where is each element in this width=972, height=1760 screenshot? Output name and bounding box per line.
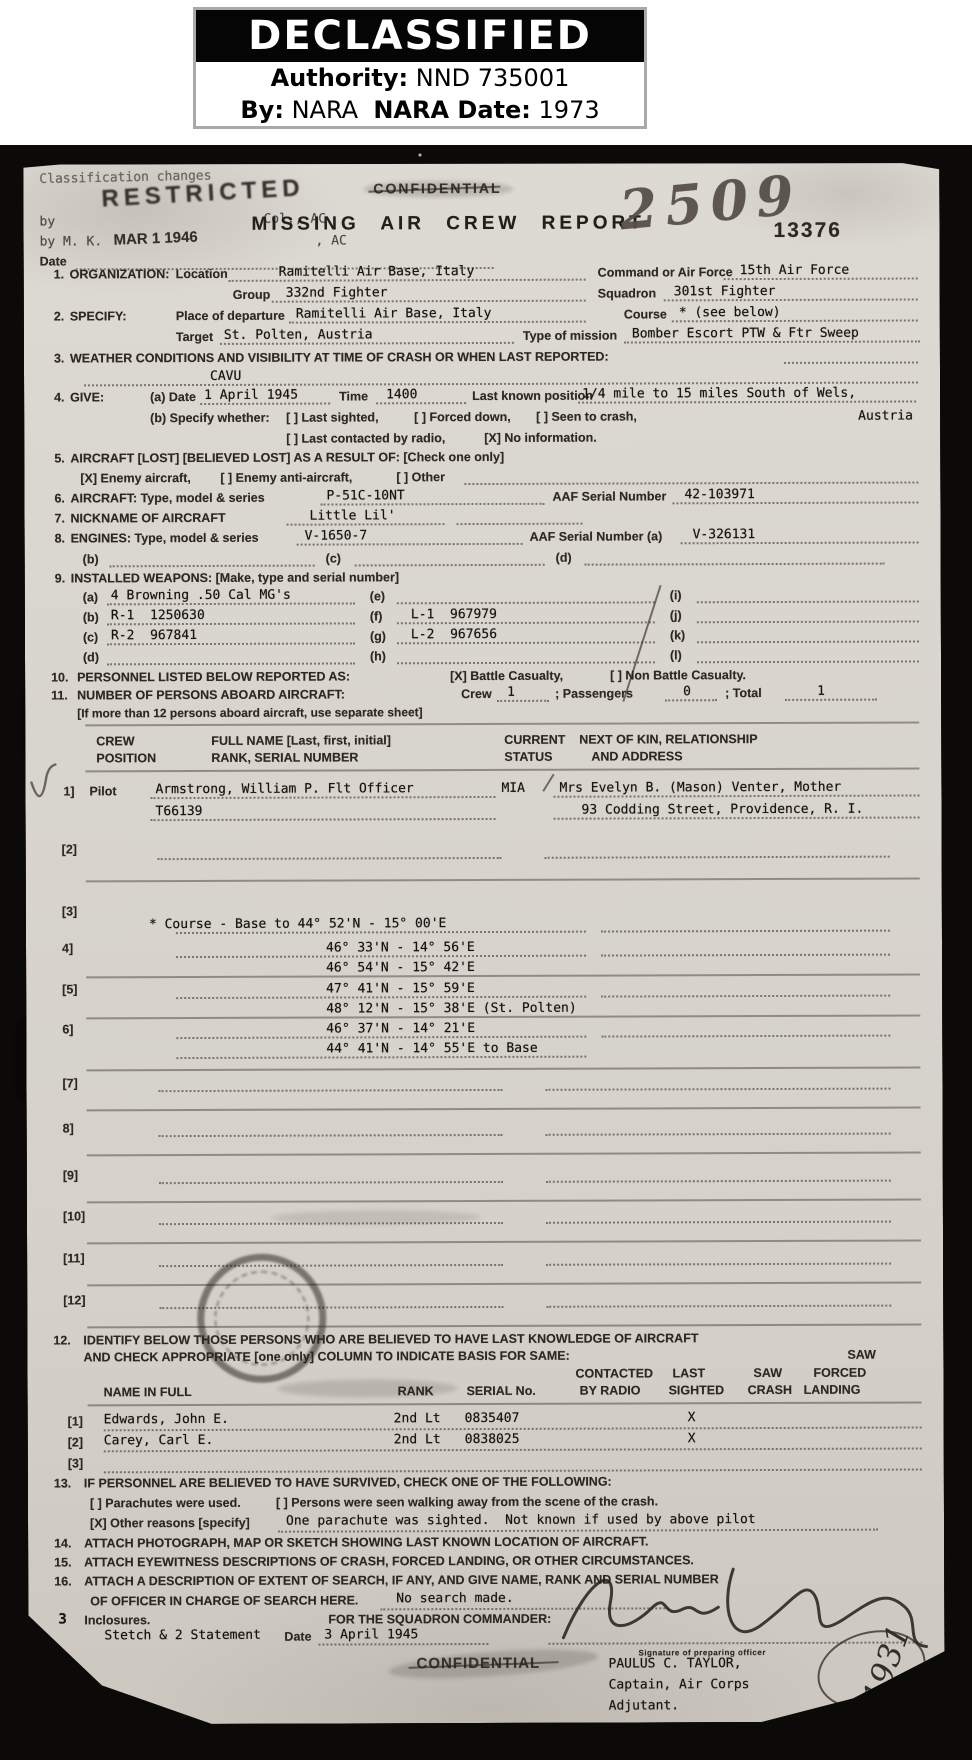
- rule: [159, 1089, 503, 1092]
- s12-num: 12.: [53, 1333, 70, 1348]
- form-title: MISSING AIR CREW REPORT: [251, 212, 644, 236]
- divider: [86, 877, 920, 882]
- s1-location-value: Ramitelli Air Base, Italy: [279, 264, 475, 280]
- s12-col-sighted-2: SIGHTED: [669, 1383, 725, 1398]
- crew-col-position-2: POSITION: [96, 751, 156, 766]
- report-number: 13376: [773, 218, 841, 243]
- footer-date-label: Date: [284, 1630, 311, 1645]
- rule: [457, 523, 583, 525]
- document-scan: Classification changes RESTRICTED by Col…: [0, 145, 972, 1760]
- s9-num: 9.: [55, 571, 65, 586]
- rule: [158, 857, 502, 860]
- s4-opt-radio: [ ] Last contacted by radio,: [286, 431, 445, 447]
- rule: [546, 1180, 891, 1183]
- crew-row1-status: MIA: [501, 781, 525, 797]
- s16-value: No search made.: [396, 1591, 513, 1607]
- rule: [578, 400, 916, 403]
- rule: [672, 319, 918, 322]
- rule: [724, 277, 918, 280]
- course-line: 48° 12'N - 15° 38'E (St. Polten): [326, 1001, 577, 1017]
- rule: [287, 523, 445, 526]
- s16-label2: OF OFFICER IN CHARGE OF SEARCH HERE.: [90, 1593, 358, 1609]
- s4-opt-sighted: [ ] Last sighted,: [286, 410, 378, 425]
- crew-row-num: [9]: [63, 1168, 78, 1183]
- crew-col-kin-2: AND ADDRESS: [591, 749, 682, 764]
- course-line: 44° 41'N - 14° 55'E to Base: [326, 1041, 537, 1057]
- rule: [376, 402, 466, 404]
- crew-row-num: 6]: [62, 1022, 73, 1037]
- s5-label: AIRCRAFT [LOST] [BELIEVED LOST] AS A RES…: [70, 450, 504, 467]
- rule: [176, 1056, 586, 1059]
- s9-k-label: (k): [670, 628, 685, 643]
- by-label: By:: [240, 96, 284, 124]
- rule: [546, 1305, 891, 1308]
- crew-row-num: 8]: [63, 1121, 74, 1136]
- s12-row-mark: X: [688, 1410, 696, 1426]
- s4-date-label: (a) Date: [150, 390, 196, 405]
- rule: [697, 640, 919, 643]
- crew-row1-kin1: Mrs Evelyn B. (Mason) Venter, Mother: [559, 780, 841, 797]
- declassified-by-line: By: NARA NARA Date: 1973: [196, 94, 644, 126]
- rule: [397, 641, 655, 644]
- s12-row-name: Edwards, John E.: [104, 1412, 229, 1428]
- s9-h-label: (h): [370, 649, 386, 664]
- s4-label: GIVE:: [70, 390, 104, 405]
- s2-departure-label: Place of departure: [176, 309, 285, 324]
- s9-b-label: (b): [83, 610, 99, 625]
- s12-col-radio-1: CONTACTED: [575, 1366, 653, 1381]
- s5-opt-other: [ ] Other: [396, 470, 445, 485]
- rule: [176, 996, 586, 999]
- s12-col-serial: SERIAL No.: [467, 1384, 536, 1399]
- crew-row-num: [7]: [62, 1076, 77, 1091]
- s12-col-landing-2: FORCED: [813, 1366, 866, 1381]
- crew-col-name-2: RANK, SERIAL NUMBER: [211, 750, 358, 766]
- crew-row1-position: Pilot: [89, 784, 116, 799]
- s12-row-rank: 2nd Lt: [394, 1411, 441, 1427]
- s2-course-label: Course: [624, 307, 667, 322]
- s9-e-label: (e): [370, 589, 385, 604]
- rule: [229, 279, 586, 282]
- s8-d-label: (d): [556, 551, 572, 566]
- s13-opt-other: [X] Other reasons [specify]: [90, 1516, 250, 1532]
- divider: [86, 1014, 920, 1019]
- s7-num: 7.: [54, 511, 64, 526]
- s9-label: INSTALLED WEAPONS: [Make, type and seria…: [71, 570, 399, 586]
- s7-label: NICKNAME OF AIRCRAFT: [70, 511, 225, 527]
- s9-g-label: (g): [370, 629, 386, 644]
- s16-num: 16.: [54, 1574, 71, 1589]
- rule: [159, 1181, 503, 1184]
- rule: [546, 1221, 891, 1224]
- s8-serial-value: V-326131: [693, 527, 756, 543]
- crew-col-name-1: FULL NAME [Last, first, initial]: [211, 733, 391, 749]
- rule: [176, 1036, 586, 1039]
- rule: [546, 1263, 891, 1266]
- crew-row1-num: 1]: [63, 784, 74, 799]
- s2-num: 2.: [54, 309, 64, 324]
- officer-title: Adjutant.: [609, 1698, 680, 1714]
- s9-c-value: R-2 967841: [111, 628, 197, 644]
- s4-time-value: 1400: [386, 387, 417, 403]
- s12-col-landing-3: LANDING: [804, 1383, 861, 1398]
- s11-num: 11.: [51, 688, 68, 703]
- s8-b-label: (b): [83, 552, 99, 567]
- rule: [546, 1088, 891, 1091]
- rule: [397, 601, 655, 604]
- s12-row-rank: 2nd Lt: [394, 1432, 441, 1448]
- rule: [546, 1133, 891, 1136]
- s9-a-value: 4 Browning .50 Cal MG's: [111, 588, 291, 604]
- s6-label: AIRCRAFT: Type, model & series: [70, 491, 264, 507]
- s4-b-label: (b) Specify whether:: [150, 411, 270, 426]
- s5-num: 5.: [54, 451, 64, 466]
- divider: [87, 1239, 921, 1244]
- s4-position-value2: Austria: [858, 408, 913, 424]
- rule: [545, 856, 890, 859]
- s10-opt-nonbattle: [ ] Non Battle Casualty.: [610, 668, 746, 683]
- s1-location-label: Location: [176, 267, 228, 282]
- by-value: NARA: [292, 96, 359, 124]
- divider: [87, 1106, 921, 1111]
- s1-label: ORGANIZATION:: [70, 267, 170, 282]
- s12-row-serial: 0838025: [465, 1432, 520, 1448]
- crew-row1-kin2: 93 Codding Street, Providence, R. I.: [582, 802, 864, 819]
- crew-row-num: [5]: [62, 982, 77, 997]
- pen-checkmark: [27, 762, 57, 808]
- s11-passengers-label: ; Passengers: [555, 686, 633, 701]
- s2-label: SPECIFY:: [70, 309, 127, 324]
- s11-crew-label: Crew: [461, 687, 492, 702]
- rule: [104, 1468, 922, 1473]
- rule: [150, 796, 495, 799]
- declassified-banner: DECLASSIFIED: [196, 10, 644, 62]
- s2-mission-label: Type of mission: [523, 329, 617, 344]
- s14-num: 14.: [54, 1536, 71, 1551]
- rule: [601, 1035, 890, 1038]
- rule: [289, 321, 586, 324]
- s1-command-value: 15th Air Force: [740, 263, 850, 279]
- authority-value: NND 735001: [416, 64, 570, 92]
- s4-time-label: Time: [339, 389, 368, 404]
- officer-rank: Captain, Air Corps: [609, 1677, 750, 1693]
- nara-date-value: 1973: [539, 96, 600, 124]
- s1-command-label: Command or Air Force: [598, 265, 733, 280]
- rule: [697, 620, 919, 623]
- s12-row-name: Carey, Carl E.: [104, 1433, 214, 1449]
- s4-opt-crash: [ ] Seen to crash,: [536, 409, 637, 424]
- s8-model-value: V-1650-7: [305, 528, 368, 544]
- crew-row1-serial: T66139: [156, 804, 203, 820]
- crew-col-position-1: CREW: [96, 734, 134, 749]
- rule: [464, 481, 918, 485]
- s2-target-value: St. Polten, Austria: [224, 327, 373, 343]
- s1-num: 1.: [54, 267, 64, 282]
- s9-d-label: (d): [83, 650, 99, 665]
- rule: [107, 642, 355, 645]
- s1-group-value: 332nd Fighter: [286, 285, 388, 301]
- rule: [697, 600, 919, 603]
- s3-value: CAVU: [210, 369, 241, 385]
- s1-squadron-value: 301st Fighter: [674, 284, 776, 300]
- rule: [664, 298, 918, 301]
- rule: [784, 361, 918, 363]
- s8-num: 8.: [55, 531, 65, 546]
- rule: [665, 699, 717, 701]
- rule: [220, 342, 514, 345]
- rule: [624, 340, 920, 343]
- s2-mission-value: Bomber Escort PTW & Ftr Sweep: [632, 326, 859, 342]
- inclosures-label: Inclosures.: [84, 1613, 150, 1628]
- s9-f-value: L-1 967979: [411, 607, 497, 623]
- divider: [86, 1066, 920, 1071]
- divider: [87, 1151, 921, 1156]
- s13-num: 13.: [54, 1476, 71, 1491]
- s11-note: [If more than 12 persons aboard aircraft…: [77, 705, 423, 721]
- divider: [88, 1401, 922, 1406]
- course-line: 46° 33'N - 14° 56'E: [326, 940, 475, 956]
- s12-col-crash-1: SAW: [753, 1366, 782, 1381]
- received-date-stamp: MAR 1 1946: [113, 229, 198, 250]
- s11-label: NUMBER OF PERSONS ABOARD AIRCRAFT:: [77, 687, 345, 703]
- s9-a-label: (a): [83, 590, 98, 605]
- rule: [672, 501, 918, 504]
- crew-row1-name: Armstrong, William P. Flt Officer: [155, 781, 413, 797]
- s9-c-label: (c): [83, 630, 98, 645]
- rule: [107, 622, 355, 625]
- inclosures-detail: Stetch & 2 Statement: [104, 1628, 261, 1644]
- s12-label1: IDENTIFY BELOW THOSE PERSONS WHO ARE BEL…: [83, 1331, 698, 1348]
- course-line: 46° 37'N - 14° 21'E: [326, 1021, 475, 1037]
- s11-total-label: ; Total: [725, 686, 762, 701]
- rule: [272, 300, 586, 303]
- s9-b-value: R-1 1250630: [111, 608, 205, 624]
- divider: [87, 1198, 921, 1203]
- s13-label: IF PERSONNEL ARE BELIEVED TO HAVE SURVIV…: [84, 1475, 612, 1492]
- s9-j-label: (j): [670, 608, 682, 623]
- rule: [681, 541, 919, 544]
- s9-i-label: (i): [670, 588, 682, 603]
- rule: [278, 1529, 878, 1533]
- s6-num: 6.: [54, 491, 64, 506]
- rule: [200, 403, 330, 405]
- s12-row-num: [3]: [68, 1456, 83, 1471]
- s10-label: PERSONNEL LISTED BELOW REPORTED AS:: [77, 669, 350, 685]
- course-line: 47° 41'N - 15° 59'E: [326, 981, 475, 997]
- course-line: * Course - Base to 44° 52'N - 15° 00'E: [149, 916, 446, 933]
- pen-stroke: [542, 774, 554, 792]
- s12-row-mark: X: [688, 1431, 696, 1447]
- rule: [601, 995, 890, 998]
- s8-label: ENGINES: Type, model & series: [71, 531, 259, 547]
- s6-serial-value: 42-103971: [684, 487, 755, 503]
- crew-col-status-1: CURRENT: [504, 733, 565, 748]
- s12-col-radio-2: BY RADIO: [580, 1383, 641, 1398]
- rule: [297, 543, 523, 546]
- s6-model-value: P-51C-10NT: [326, 488, 404, 504]
- s2-course-value: * (see below): [679, 305, 781, 321]
- s3-num: 3.: [54, 351, 64, 366]
- s13-opt-walking: [ ] Persons were seen walking away from …: [276, 1494, 658, 1510]
- s1-group-label: Group: [233, 288, 271, 303]
- inclosures-count: 3: [58, 1611, 66, 1628]
- rule: [159, 1264, 503, 1267]
- s12-label2: AND CHECK APPROPRIATE [one only] COLUMN …: [83, 1349, 569, 1366]
- crew-row-num: [3]: [62, 904, 77, 919]
- paper-sheet: Classification changes RESTRICTED by Col…: [23, 161, 944, 1724]
- s2-departure-value: Ramitelli Air Base, Italy: [296, 306, 492, 322]
- declassified-stamp-box: DECLASSIFIED Authority: NND 735001 By: N…: [193, 7, 647, 129]
- s1-squadron-label: Squadron: [598, 286, 656, 301]
- s4-position-label: Last known position: [472, 389, 593, 404]
- crew-row-num: [11]: [63, 1251, 85, 1266]
- s5-opt-enemy-aa: [ ] Enemy anti-aircraft,: [220, 470, 352, 485]
- s12-col-sighted-1: LAST: [672, 1366, 705, 1381]
- handwritten-1931: 1931: [855, 1620, 918, 1709]
- rule: [497, 700, 549, 702]
- rule: [107, 662, 355, 665]
- s13-other-value: One parachute was sighted. Not known if …: [286, 1512, 756, 1529]
- for-commander-label: FOR THE SQUADRON COMMANDER:: [328, 1612, 551, 1628]
- s12-col-crash-2: CRASH: [748, 1383, 793, 1398]
- rule: [159, 1134, 503, 1137]
- s8-serial-label: AAF Serial Number (a): [530, 529, 663, 544]
- s12-col-name: NAME IN FULL: [104, 1385, 192, 1400]
- rule: [107, 602, 355, 605]
- divider: [86, 973, 920, 978]
- footer-date-value: 3 April 1945: [324, 1627, 418, 1643]
- s6-serial-label: AAF Serial Number: [552, 489, 666, 504]
- rule: [554, 816, 920, 819]
- s9-f-label: (f): [370, 609, 383, 624]
- s12-row-num: [2]: [68, 1435, 83, 1450]
- rule: [397, 661, 655, 664]
- s4-position-value: 1/4 mile to 15 miles South of Wels,: [582, 386, 856, 403]
- stamp-by-line2: by M. K.: [40, 234, 103, 250]
- s10-opt-battle: [X] Battle Casualty,: [450, 669, 563, 684]
- declassified-authority-line: Authority: NND 735001: [196, 62, 644, 94]
- rule: [397, 621, 655, 624]
- course-line: 46° 54'N - 15° 42'E: [326, 960, 475, 976]
- crew-row-num: [10]: [63, 1209, 85, 1224]
- s10-num: 10.: [51, 670, 68, 685]
- s13-opt-parachutes: [ ] Parachutes were used.: [90, 1496, 241, 1512]
- s4-opt-forced: [ ] Forced down,: [414, 410, 511, 425]
- rule: [176, 955, 586, 958]
- crew-row-num: [12]: [63, 1293, 85, 1308]
- crew-col-status-2: STATUS: [504, 750, 552, 765]
- s14-label: ATTACH PHOTOGRAPH, MAP OR SKETCH SHOWING…: [84, 1534, 648, 1551]
- s11-crew-value: 1: [507, 685, 515, 701]
- s8-c-label: (c): [326, 551, 341, 566]
- stamp-by-line1: by: [39, 214, 55, 230]
- rule: [176, 931, 586, 934]
- crew-row-num: [2]: [62, 842, 77, 857]
- s12-row-serial: 0835407: [465, 1411, 520, 1427]
- rule: [697, 660, 919, 663]
- rule: [601, 930, 890, 933]
- s11-passengers-value: 0: [683, 684, 691, 700]
- rule: [318, 1643, 488, 1646]
- rule: [104, 1447, 922, 1452]
- divider: [85, 721, 919, 726]
- s2-target-label: Target: [176, 330, 213, 345]
- s12-col-landing-1: SAW: [847, 1348, 876, 1363]
- nara-date-label: NARA Date:: [373, 96, 531, 124]
- s7-value: Little Lil': [309, 508, 395, 524]
- rule: [601, 954, 890, 957]
- s9-l-label: (l): [670, 648, 682, 663]
- rule: [151, 818, 496, 821]
- s11-total-value: 1: [817, 684, 825, 700]
- s4-num: 4.: [54, 390, 64, 405]
- s3-label: WEATHER CONDITIONS AND VISIBILITY AT TIM…: [70, 350, 609, 367]
- s4-date-value: 1 April 1945: [204, 388, 298, 404]
- rule: [320, 503, 544, 506]
- officer-name: PAULUS C. TAYLOR,: [608, 1656, 741, 1672]
- rule: [785, 699, 877, 701]
- authority-label: Authority:: [271, 64, 408, 92]
- rule: [110, 565, 315, 568]
- rule: [553, 794, 919, 797]
- s4-opt-noinfo: [X] No information.: [484, 431, 597, 446]
- s5-opt-enemy-aircraft: [X] Enemy aircraft,: [80, 471, 191, 486]
- divider: [85, 767, 919, 772]
- crew-col-kin-1: NEXT OF KIN, RELATIONSHIP: [579, 732, 757, 748]
- rule: [355, 564, 545, 567]
- crew-row-num: 4]: [62, 941, 73, 956]
- rule: [585, 563, 885, 566]
- s9-g-value: L-2 967656: [411, 627, 497, 643]
- s15-num: 15.: [54, 1555, 71, 1570]
- s12-row-num: [1]: [68, 1414, 83, 1429]
